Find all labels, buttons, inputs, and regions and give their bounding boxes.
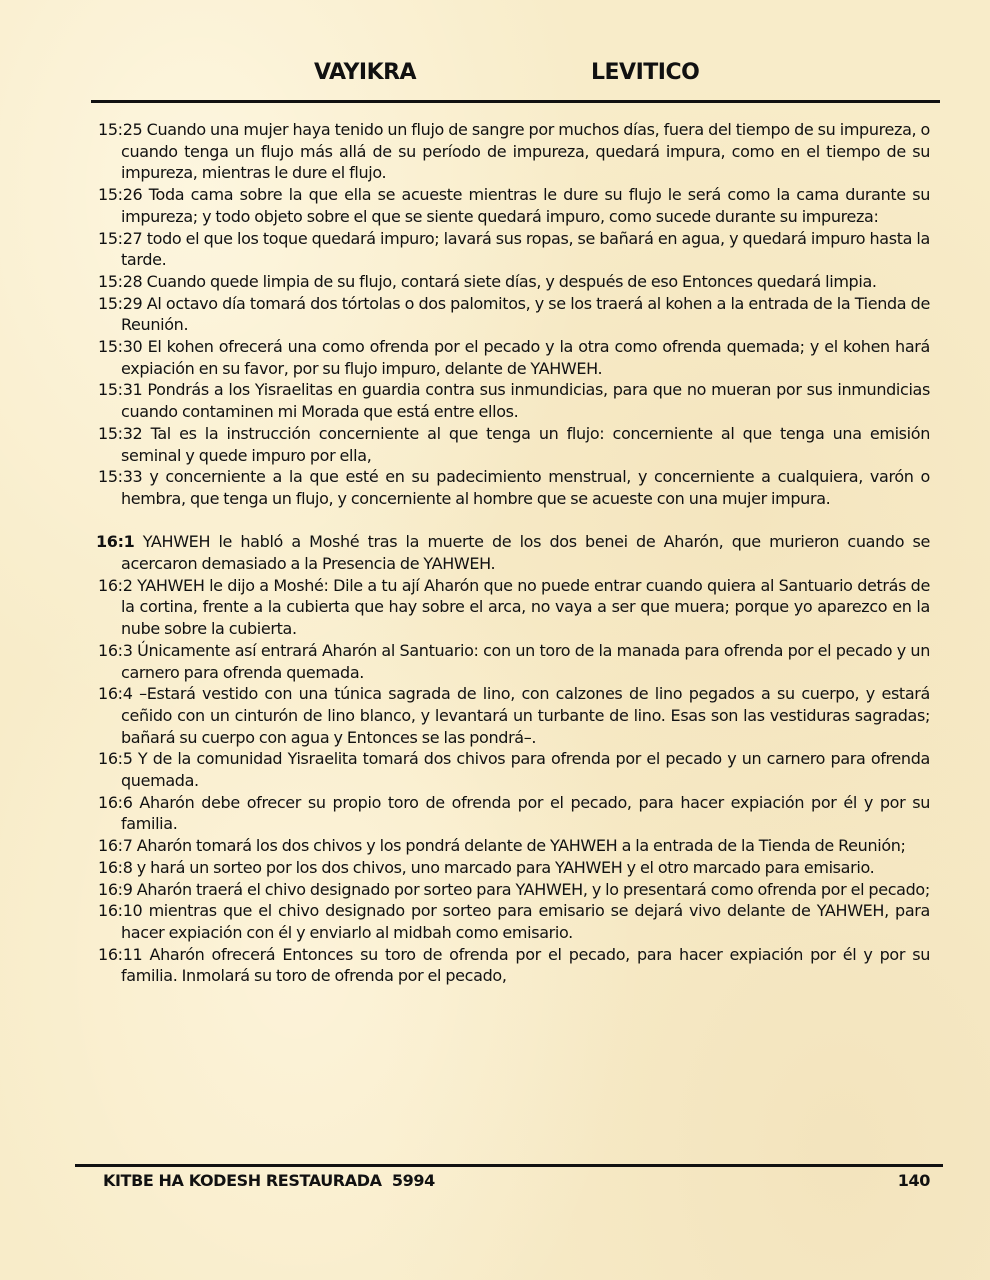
verse-ref: 16:5 <box>98 749 133 768</box>
verse-ref: 16:6 <box>98 793 133 812</box>
running-header: VAYIKRA LEVITICO <box>0 56 990 92</box>
verse-16-7: 16:7 Aharón tomará los dos chivos y los … <box>96 835 930 857</box>
verse-ref: 15:27 <box>98 229 142 248</box>
verse-text: mientras que el chivo designado por sort… <box>121 901 930 942</box>
verse-15-31: 15:31 Pondrás a los Yisraelitas en guard… <box>96 379 930 422</box>
verse-16-5: 16:5 Y de la comunidad Yisraelita tomará… <box>96 748 930 791</box>
verse-16-4: 16:4 –Estará vestido con una túnica sagr… <box>96 683 930 748</box>
verse-ref: 15:28 <box>98 272 142 291</box>
verse-text: Tal es la instrucción concerniente al qu… <box>121 424 930 465</box>
verse-ref: 16:7 <box>98 836 133 855</box>
header-spanish-title: LEVITICO <box>591 60 699 85</box>
verse-ref: 16:9 <box>98 880 133 899</box>
header-divider <box>91 100 940 103</box>
verse-16-2: 16:2 YAHWEH le dijo a Moshé: Dile a tu a… <box>96 575 930 640</box>
verse-text: Al octavo día tomará dos tórtolas o dos … <box>121 294 930 335</box>
verse-16-3: 16:3 Únicamente así entrará Aharón al Sa… <box>96 640 930 683</box>
verse-15-26: 15:26 Toda cama sobre la que ella se acu… <box>96 184 930 227</box>
verse-16-8: 16:8 y hará un sorteo por los dos chivos… <box>96 857 930 879</box>
verse-text: Cuando una mujer haya tenido un flujo de… <box>121 120 930 182</box>
verse-ref: 15:33 <box>98 467 142 486</box>
verse-ref: 15:31 <box>98 380 142 399</box>
verse-15-32: 15:32 Tal es la instrucción concerniente… <box>96 423 930 466</box>
verse-text: todo el que los toque quedará impuro; la… <box>121 229 930 270</box>
verse-16-11: 16:11 Aharón ofrecerá Entonces su toro d… <box>96 944 930 987</box>
verse-ref: 16:10 <box>98 901 142 920</box>
verse-text: Toda cama sobre la que ella se acueste m… <box>121 185 930 226</box>
verse-16-6: 16:6 Aharón debe ofrecer su propio toro … <box>96 792 930 835</box>
verse-ref: 16:3 <box>98 641 133 660</box>
verse-15-25: 15:25 Cuando una mujer haya tenido un fl… <box>96 119 930 184</box>
verse-ref: 15:25 <box>98 120 142 139</box>
verse-ref: 16:11 <box>98 945 142 964</box>
verse-text: Y de la comunidad Yisraelita tomará dos … <box>121 749 930 790</box>
chapter-verse-ref: 16:1 <box>96 532 134 551</box>
verse-16-9: 16:9 Aharón traerá el chivo designado po… <box>96 879 930 901</box>
verse-text: Aharón traerá el chivo designado por sor… <box>137 880 930 899</box>
verse-text: Cuando quede limpia de su flujo, contará… <box>147 272 877 291</box>
verse-text: El kohen ofrecerá una como ofrenda por e… <box>121 337 930 378</box>
verse-text: y hará un sorteo por los dos chivos, uno… <box>137 858 875 877</box>
footer-book-title: KITBE HA KODESH RESTAURADA 5994 <box>103 1171 435 1190</box>
verse-ref: 16:8 <box>98 858 133 877</box>
verse-ref: 15:30 <box>98 337 142 356</box>
verse-15-30: 15:30 El kohen ofrecerá una como ofrenda… <box>96 336 930 379</box>
verse-text: –Estará vestido con una túnica sagrada d… <box>121 684 930 746</box>
verse-text: Aharón debe ofrecer su propio toro de of… <box>121 793 930 834</box>
verse-16-1: 16:1 YAHWEH le habló a Moshé tras la mue… <box>96 531 930 574</box>
verse-ref: 16:2 <box>98 576 133 595</box>
verse-ref: 15:29 <box>98 294 142 313</box>
verse-15-27: 15:27 todo el que los toque quedará impu… <box>96 228 930 271</box>
verse-text: YAHWEH le habló a Moshé tras la muerte d… <box>121 532 930 573</box>
verse-text: YAHWEH le dijo a Moshé: Dile a tu ají Ah… <box>121 576 930 638</box>
header-hebrew-title: VAYIKRA <box>314 60 416 85</box>
verse-15-33: 15:33 y concerniente a la que esté en su… <box>96 466 930 509</box>
verse-text: y concerniente a la que esté en su padec… <box>121 467 930 508</box>
page-number: 140 <box>898 1171 930 1190</box>
verse-15-28: 15:28 Cuando quede limpia de su flujo, c… <box>96 271 930 293</box>
running-footer: KITBE HA KODESH RESTAURADA 5994 140 <box>0 1170 990 1194</box>
verse-text: Aharón tomará los dos chivos y los pondr… <box>137 836 906 855</box>
footer-divider <box>75 1164 943 1167</box>
verse-ref: 15:26 <box>98 185 142 204</box>
verse-text: Aharón ofrecerá Entonces su toro de ofre… <box>121 945 930 986</box>
verse-text: Pondrás a los Yisraelitas en guardia con… <box>121 380 930 421</box>
verse-ref: 16:4 <box>98 684 133 703</box>
scripture-text: 15:25 Cuando una mujer haya tenido un fl… <box>96 119 930 987</box>
verse-16-10: 16:10 mientras que el chivo designado po… <box>96 900 930 943</box>
verse-text: Únicamente así entrará Aharón al Santuar… <box>121 641 930 682</box>
verse-ref: 15:32 <box>98 424 142 443</box>
verse-15-29: 15:29 Al octavo día tomará dos tórtolas … <box>96 293 930 336</box>
